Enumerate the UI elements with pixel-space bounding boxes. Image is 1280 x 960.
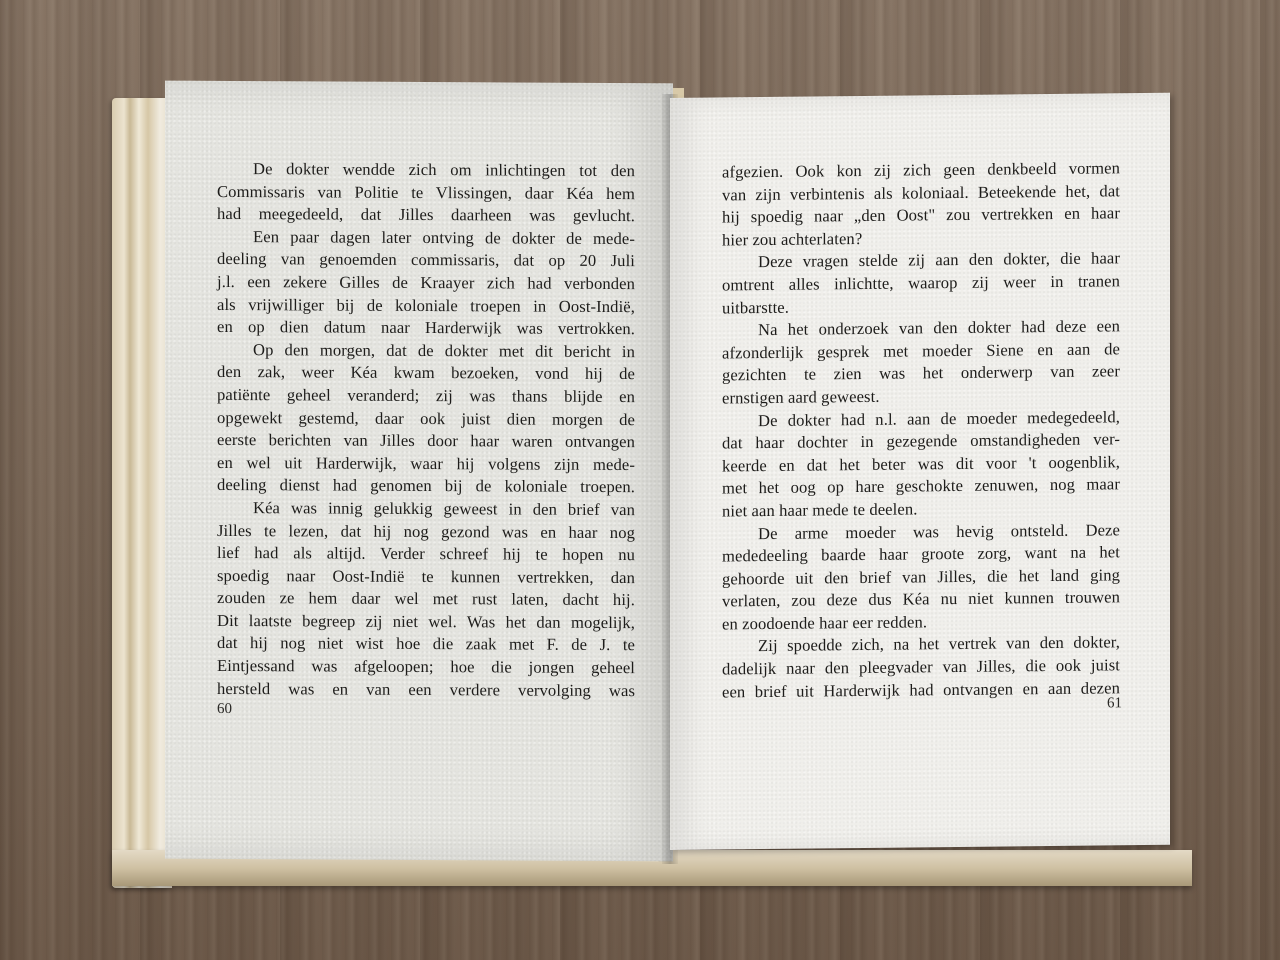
text-line: Jilles te lezen, dat hij nog gezond was …	[217, 519, 635, 544]
text-line: opgewekt gestemd, daar ook juist dien mo…	[217, 406, 635, 431]
right-page-text: afgezien. Ook kon zij zich geen denkbeel…	[722, 157, 1120, 703]
text-line: Kéa was innig gelukkig geweest in den br…	[217, 497, 635, 522]
text-line: deeling van genoemden commissaris, dat o…	[217, 248, 635, 273]
text-line: Eintjessand was afgeloopen; hoe die jong…	[217, 655, 635, 680]
text-line: j.l. een zekere Gilles de Kraayer zich h…	[217, 271, 635, 296]
text-line: en op dien datum naar Harderwijk was ver…	[217, 316, 635, 341]
text-line: Een paar dagen later ontving de dokter d…	[217, 226, 635, 251]
text-line: De dokter wendde zich om inlichtingen to…	[217, 158, 635, 183]
right-page: afgezien. Ook kon zij zich geen denkbeel…	[670, 93, 1170, 850]
page-number-left: 60	[217, 701, 232, 718]
text-line: verlaten, zou deze dus Kéa nu niet kunne…	[722, 587, 1120, 614]
text-line: dat hij nog niet wist hoe die zaak met F…	[217, 632, 635, 657]
book-page-edges-left	[112, 98, 172, 888]
text-line: gezichten te zien was het onderwerp van …	[722, 361, 1120, 388]
text-line: hersteld was en van een verdere vervolgi…	[217, 678, 635, 703]
text-line: patiënte geheel veranderd; zij was thans…	[217, 384, 635, 409]
text-line: Commissaris van Politie te Vlissingen, d…	[217, 181, 635, 206]
text-line: zouden ze hem daar wel met rust laten, d…	[217, 587, 635, 612]
text-line: omtrent alles inlichtte, waarop zij weer…	[722, 270, 1120, 297]
text-line: een brief uit Harderwijk had ontvangen e…	[722, 677, 1120, 704]
text-line: eerste berichten van Jilles door haar wa…	[217, 429, 635, 454]
text-line: had meegedeeld, dat Jilles daarheen was …	[217, 203, 635, 228]
text-line: als vrijwilliger bij de koloniale troepe…	[217, 294, 635, 319]
text-line: hij spoedig naar „den Oost" zou vertrekk…	[722, 202, 1120, 229]
text-line: spoedig naar Oost-Indië te kunnen vertre…	[217, 565, 635, 590]
text-line: lief had als altijd. Verder schreef hij …	[217, 542, 635, 567]
text-line: en wel uit Harderwijk, waar hij volgens …	[217, 452, 635, 477]
text-line: den zak, weer Kéa kwam bezoeken, vond hi…	[217, 361, 635, 386]
text-line: deeling dienst had genomen bij de koloni…	[217, 474, 635, 499]
text-line: met het oog op hare geschokte zenuwen, n…	[722, 474, 1120, 501]
left-page-text: De dokter wendde zich om inlichtingen to…	[217, 158, 635, 702]
text-line: Op den morgen, dat de dokter met dit ber…	[217, 339, 635, 364]
text-line: Dit laatste begreep zij niet wel. Was he…	[217, 610, 635, 635]
left-page: De dokter wendde zich om inlichtingen to…	[165, 81, 673, 862]
page-number-right: 61	[1107, 695, 1122, 712]
